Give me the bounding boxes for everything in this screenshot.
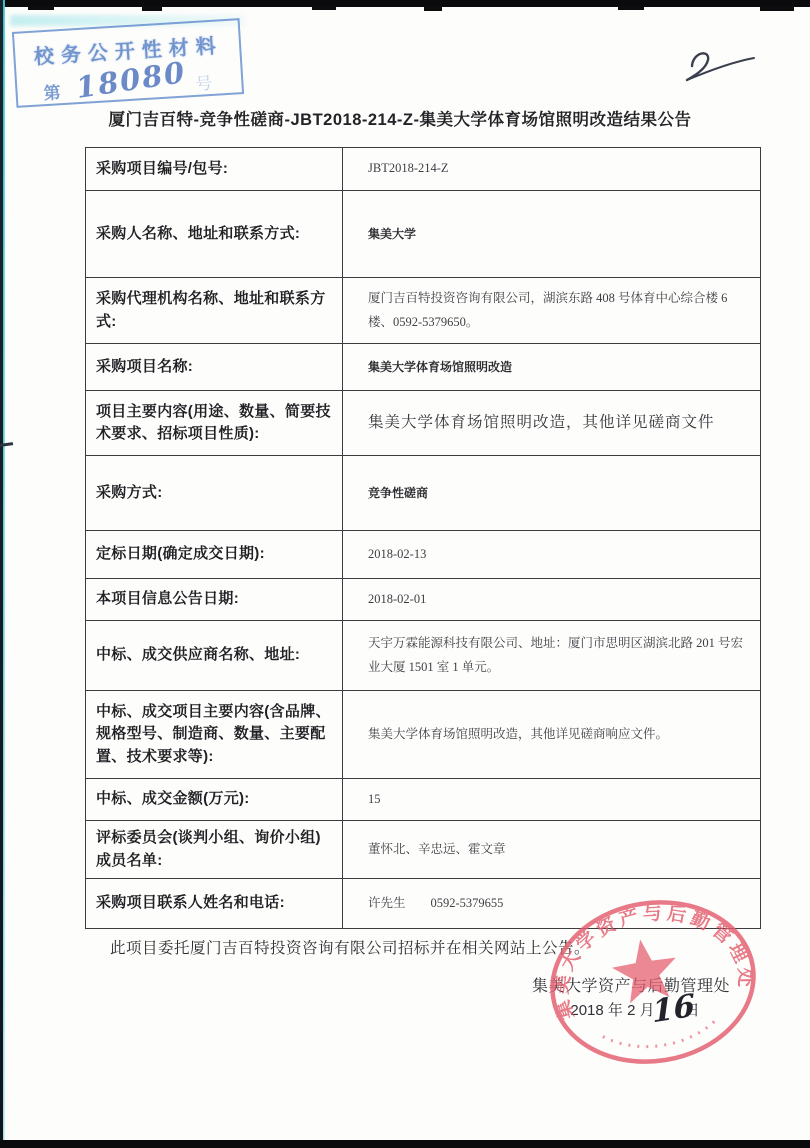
row-value-cell: 集美大学体育场馆照明改造，其他详见磋商响应文件。 [343, 691, 761, 779]
row-label-cell: 采购项目编号/包号: [86, 148, 343, 191]
table-row: 中标、成交金额(万元): 15 [86, 779, 761, 821]
row-value-cell: 2018-02-13 [343, 531, 761, 579]
seal-star-icon [608, 934, 681, 1005]
table-row: 采购项目编号/包号: JBT2018-214-Z [86, 148, 761, 191]
table-row: 本项目信息公告日期: 2018-02-01 [86, 579, 761, 621]
scan-artifact [28, 6, 54, 10]
scan-edge-bottom [0, 1140, 810, 1148]
table-row: 中标、成交项目主要内容(含品牌、规格型号、制造商、数量、主要配置、技术要求等):… [86, 691, 761, 779]
footer-note: 此项目委托厦门吉百特投资咨询有限公司招标并在相关网站上公告。 [110, 936, 590, 958]
row-label-cell: 中标、成交项目主要内容(含品牌、规格型号、制造商、数量、主要配置、技术要求等): [86, 691, 343, 779]
document-title: 厦门吉百特-竞争性磋商-JBT2018-214-Z-集美大学体育场馆照明改造结果… [55, 106, 745, 130]
row-value-cell: 董怀北、辛忠远、霍文章 [343, 821, 761, 879]
row-value-cell: 天宇万霖能源科技有限公司、地址：厦门市思明区湖滨北路 201 号宏业大厦 150… [343, 621, 761, 691]
scan-artifact [618, 6, 644, 10]
row-value-cell: 厦门吉百特投资咨询有限公司，湖滨东路 408 号体育中心综合楼 6 楼、0592… [343, 278, 761, 344]
registry-number-suffix: 号 [194, 69, 212, 95]
row-label-cell: 定标日期(确定成交日期): [86, 531, 343, 579]
scan-edge-left-cyan [3, 0, 5, 1148]
row-value-cell: 15 [343, 779, 761, 821]
scanned-page: { "doc": { "page_number": "2", "registry… [0, 0, 810, 1148]
row-value-cell: 2018-02-01 [343, 579, 761, 621]
row-label-cell: 中标、成交金额(万元): [86, 779, 343, 821]
official-seal: 集美大学资产与后勤管理处 [543, 890, 767, 1082]
table-row: 采购项目名称: 集美大学体育场馆照明改造 [86, 344, 761, 391]
row-label-cell: 项目主要内容(用途、数量、简要技术要求、招标项目性质): [86, 391, 343, 456]
scan-artifact [424, 6, 442, 11]
row-value-cell: 集美大学体育场馆照明改造，其他详见磋商文件 [343, 391, 761, 456]
table-row: 采购人名称、地址和联系方式: 集美大学 [86, 191, 761, 278]
registry-number-prefix: 第 [43, 78, 63, 104]
row-label-cell: 中标、成交供应商名称、地址: [86, 621, 343, 691]
table-row: 项目主要内容(用途、数量、简要技术要求、招标项目性质): 集美大学体育场馆照明改… [86, 391, 761, 456]
scan-artifact [142, 6, 162, 11]
row-label-cell: 采购人名称、地址和联系方式: [86, 191, 343, 278]
row-label-cell: 采购项目名称: [86, 344, 343, 391]
row-label-cell: 本项目信息公告日期: [86, 579, 343, 621]
scan-artifact [760, 6, 794, 11]
row-value-cell: 集美大学 [343, 191, 761, 278]
page-number-glyph: 2 [695, 49, 715, 84]
row-label-cell: 采购方式: [86, 456, 343, 531]
scan-artifact [312, 6, 336, 10]
scan-edge-top [0, 0, 810, 7]
procurement-result-table: 采购项目编号/包号: JBT2018-214-Z 采购人名称、地址和联系方式: … [85, 147, 761, 929]
table-row: 定标日期(确定成交日期): 2018-02-13 [86, 531, 761, 579]
row-label-cell: 评标委员会(谈判小组、询价小组)成员名单: [86, 821, 343, 879]
table-row: 采购代理机构名称、地址和联系方式: 厦门吉百特投资咨询有限公司，湖滨东路 408… [86, 278, 761, 344]
registry-stamp: 校务公开性材料 第18080号 [12, 18, 244, 108]
row-value-cell: 集美大学体育场馆照明改造 [343, 344, 761, 391]
row-value-cell: JBT2018-214-Z [343, 148, 761, 191]
table-row: 采购方式: 竞争性磋商 [86, 456, 761, 531]
row-label-cell: 采购项目联系人姓名和电话: [86, 879, 343, 929]
scan-artifact [0, 442, 13, 447]
handwritten-page-number: 2 [682, 46, 762, 96]
row-label-cell: 采购代理机构名称、地址和联系方式: [86, 278, 343, 344]
row-value-cell: 竞争性磋商 [343, 456, 761, 531]
seal-text: 集美大学资产与后勤管理处 [543, 890, 761, 1023]
table-row: 评标委员会(谈判小组、询价小组)成员名单: 董怀北、辛忠远、霍文章 [86, 821, 761, 879]
svg-text:集美大学资产与后勤管理处: 集美大学资产与后勤管理处 [543, 890, 761, 1023]
table-row: 中标、成交供应商名称、地址: 天宇万霖能源科技有限公司、地址：厦门市思明区湖滨北… [86, 621, 761, 691]
